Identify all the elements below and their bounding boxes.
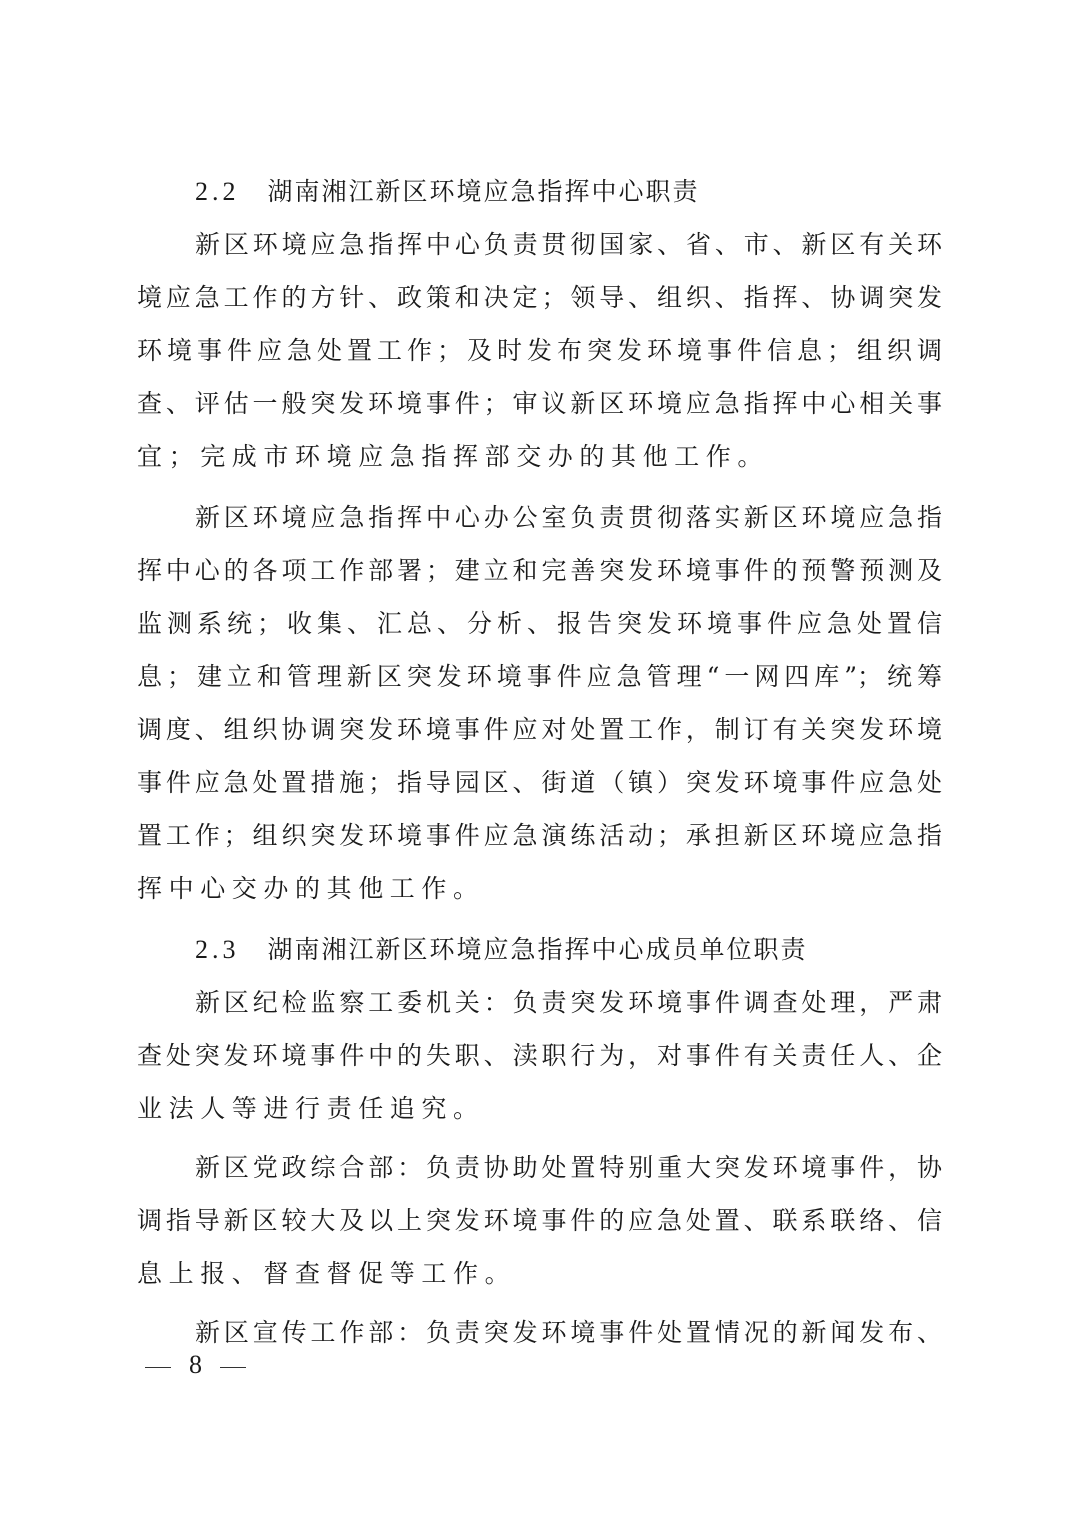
paragraph-line: 息上报、督查督促等工作。 (137, 1254, 942, 1294)
paragraph-line: 新区宣传工作部：负责突发环境事件处置情况的新闻发布、 (195, 1313, 942, 1353)
paragraph-line: 挥中心交办的其他工作。 (137, 869, 942, 909)
page-footer: 8 (145, 1345, 246, 1385)
section-title: 湖南湘江新区环境应急指挥中心职责 (268, 177, 700, 206)
paragraph-line: 查、评估一般突发环境事件；审议新区环境应急指挥中心相关事 (137, 384, 942, 424)
paragraph-line: 调指导新区较大及以上突发环境事件的应急处置、联系联络、信 (137, 1201, 942, 1241)
paragraph-line: 挥中心的各项工作部署；建立和完善突发环境事件的预警预测及 (137, 551, 942, 591)
paragraph-line: 调度、组织协调突发环境事件应对处置工作，制订有关突发环境 (137, 710, 942, 750)
footer-dash-right (220, 1367, 246, 1368)
paragraph-line: 新区环境应急指挥中心办公室负责贯彻落实新区环境应急指 (195, 498, 942, 538)
paragraph-line: 监测系统；收集、汇总、分析、报告突发环境事件应急处置信 (137, 604, 942, 644)
section-number: 2.2 (195, 177, 240, 206)
section-title: 湖南湘江新区环境应急指挥中心成员单位职责 (268, 935, 808, 964)
paragraph-line: 事件应急处置措施；指导园区、街道（镇）突发环境事件应急处 (137, 763, 942, 803)
paragraph-line: 境应急工作的方针、政策和决定；领导、组织、指挥、协调突发 (137, 278, 942, 318)
paragraph-line: 置工作；组织突发环境事件应急演练活动；承担新区环境应急指 (137, 816, 942, 856)
section-heading-2-2: 2.2湖南湘江新区环境应急指挥中心职责 (195, 172, 700, 212)
page-number: 8 (189, 1350, 202, 1379)
paragraph-line: 新区环境应急指挥中心负责贯彻国家、省、市、新区有关环 (195, 225, 942, 265)
paragraph-line: 宜；完成市环境应急指挥部交办的其他工作。 (137, 437, 942, 477)
paragraph-line: 业法人等进行责任追究。 (137, 1089, 942, 1129)
paragraph-line: 息；建立和管理新区突发环境事件应急管理“一网四库”；统筹 (137, 657, 942, 697)
paragraph-line: 查处突发环境事件中的失职、渎职行为，对事件有关责任人、企 (137, 1036, 942, 1076)
paragraph-line: 环境事件应急处置工作；及时发布突发环境事件信息；组织调 (137, 331, 942, 371)
section-heading-2-3: 2.3湖南湘江新区环境应急指挥中心成员单位职责 (195, 930, 808, 970)
section-number: 2.3 (195, 935, 240, 964)
paragraph-line: 新区党政综合部：负责协助处置特别重大突发环境事件，协 (195, 1148, 942, 1188)
footer-dash-left (145, 1367, 171, 1368)
paragraph-line: 新区纪检监察工委机关：负责突发环境事件调查处理，严肃 (195, 983, 942, 1023)
document-page: 2.2湖南湘江新区环境应急指挥中心职责 新区环境应急指挥中心负责贯彻国家、省、市… (0, 0, 1074, 1520)
